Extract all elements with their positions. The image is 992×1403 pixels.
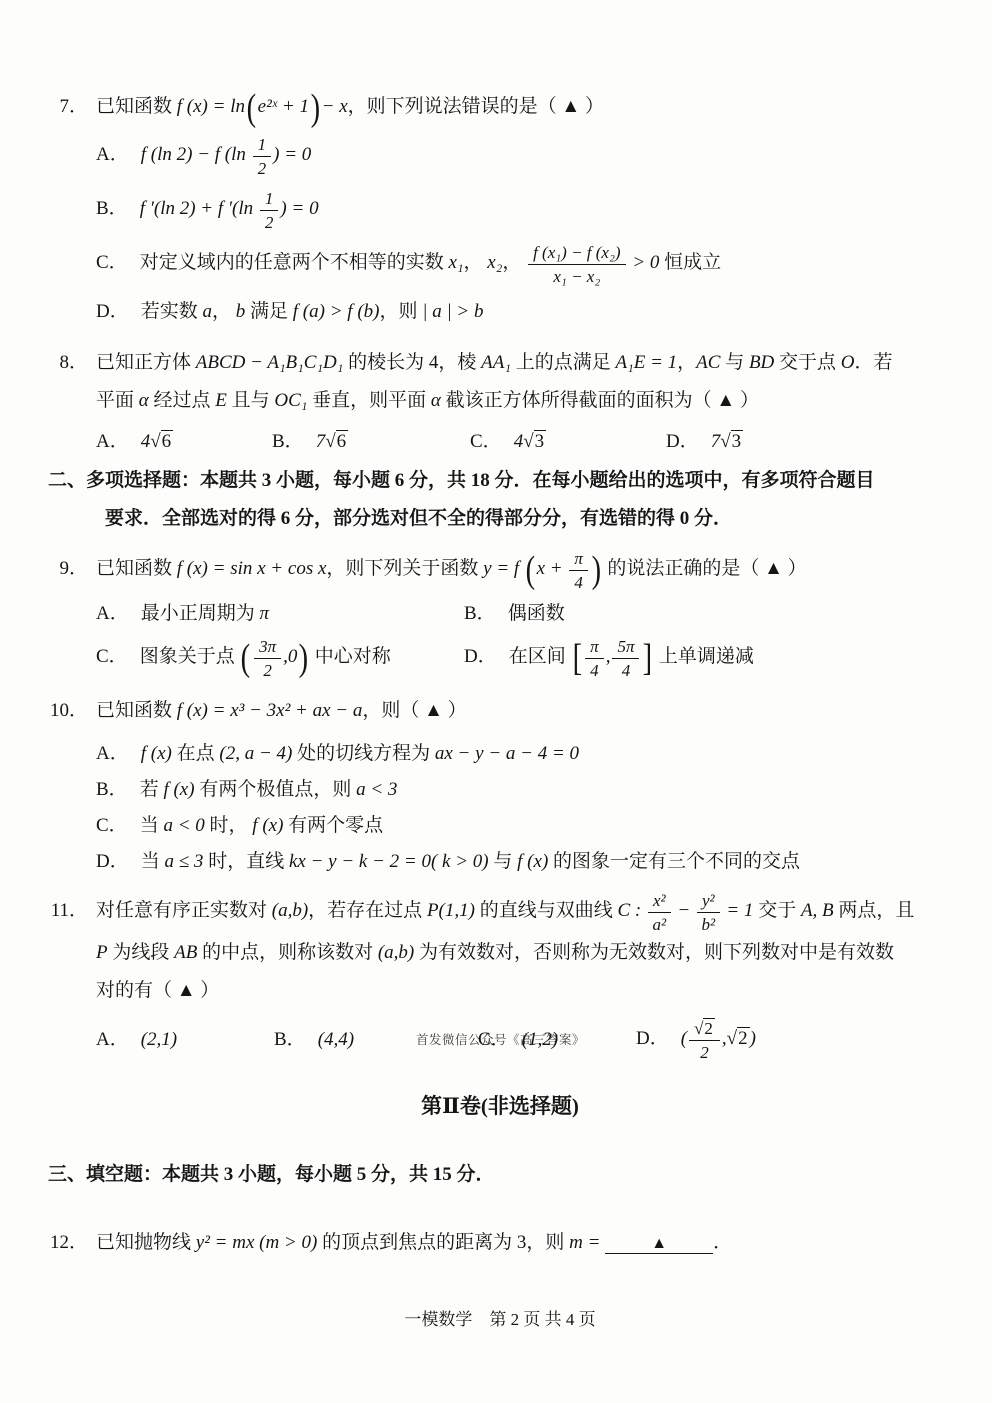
fraction: y²b² <box>695 890 722 934</box>
option-c-label: C． <box>96 815 128 836</box>
question-8-option-a: A．4√6 <box>96 422 272 462</box>
question-11-option-d: D．(√22,√2) <box>636 1018 952 1062</box>
text-run: 已知抛物线 <box>96 1232 196 1253</box>
math-run: ) = 0 <box>280 198 318 219</box>
option-d-text: 7√3 <box>711 430 743 452</box>
text-run: 且与 <box>227 390 275 411</box>
text-run: 两点，且 <box>834 900 915 921</box>
option-b-label: B． <box>272 431 304 452</box>
sqrt-radical: √3 <box>720 430 743 452</box>
question-9-options-row2: C．图象关于点 (3π2,0) 中心对称 D．在区间 [π4,5π4] 上单调递… <box>48 636 952 680</box>
question-9-option-b: B．偶函数 <box>464 596 952 632</box>
option-a-label: A． <box>96 144 129 165</box>
math-run: A₁E = 1 <box>616 352 678 373</box>
question-8-stem-text1: 已知正方体 ABCD − A₁B₁C₁D₁ 的棱长为 4，棱 AA₁ 上的点满足… <box>96 352 893 373</box>
section-2-header-line1: 二、多项选择题：本题共 3 小题，每小题 6 分，共 18 分．在每小题给出的选… <box>48 462 952 500</box>
fraction-denominator: 4 <box>585 659 604 680</box>
math-run: kx − y − k − 2 = 0( k > 0) <box>289 851 489 872</box>
text-run: ，则下列说法错误的是（ ▲ ） <box>348 96 604 117</box>
question-9-stem: 9．已知函数 f (x) = sin x + cos x，则下列关于函数 y =… <box>48 548 952 592</box>
question-12: 12．已知抛物线 y² = mx (m > 0) 的顶点到焦点的距离为 3，则 … <box>48 1224 952 1262</box>
sqrt-overline: 2 <box>737 1027 750 1049</box>
fraction: f (x₁) − f (x₂)x₁ − x₂ <box>526 242 627 286</box>
sqrt-overline: 2 <box>703 1018 715 1038</box>
question-11: 11．对任意有序正实数对 (a,b)，若存在过点 P(1,1) 的直线与双曲线 … <box>48 890 952 1062</box>
option-a-text: f (ln 2) − f (ln 12) = 0 <box>141 144 312 165</box>
text-run: 对的有（ ▲ ） <box>96 980 219 1001</box>
math-run: x₁ − x₂ <box>553 267 600 286</box>
fraction-numerator: 1 <box>253 134 272 157</box>
math-run: 2 <box>258 159 267 178</box>
question-11-stem-line3: 对的有（ ▲ ） <box>48 972 952 1010</box>
option-a-label: A． <box>96 743 129 764</box>
math-run: f (x) <box>252 815 283 836</box>
option-a-label: A． <box>96 1029 129 1050</box>
math-run: f (x) <box>517 851 548 872</box>
option-a-text: 最小正周期为 π <box>141 603 269 624</box>
fraction-numerator: x² <box>648 890 671 913</box>
fraction-denominator: 4 <box>612 659 639 680</box>
text-run: 的顶点到焦点的距离为 3，则 <box>317 1232 569 1253</box>
text-run: 平面 <box>96 390 139 411</box>
text-run: 在区间 <box>509 646 571 667</box>
text-run: 处的切线方程为 <box>292 743 435 764</box>
math-run: 2 <box>263 661 272 680</box>
big-paren: ( <box>241 643 250 673</box>
math-run: b <box>236 301 246 322</box>
option-b-text: 若 f (x) 有两个极值点，则 a < 3 <box>140 779 398 800</box>
math-run: 7 <box>316 431 326 452</box>
text-run: 对任意有序正实数对 <box>96 900 272 921</box>
part-2-header: 第Ⅱ卷(非选择题) <box>48 1088 952 1124</box>
fraction-numerator: 1 <box>260 188 279 211</box>
option-d-label: D． <box>96 301 129 322</box>
math-run: ,0 <box>283 646 297 667</box>
math-run: m = <box>569 1232 605 1253</box>
text-run: 的中点，则称该数对 <box>197 942 378 963</box>
fraction-numerator: 3π <box>254 636 281 659</box>
page-footer: 一模数学 第 2 页 共 4 页 <box>48 1308 952 1332</box>
question-8-stem-text2: 平面 α 经过点 E 且与 OC₁ 垂直，则平面 α 截该正方体所得截面的面积为… <box>96 390 759 411</box>
option-b-label: B． <box>274 1029 306 1050</box>
fraction: π4 <box>567 548 590 592</box>
question-10-stem: 10．已知函数 f (x) = x³ − 3x² + ax − a，则（ ▲ ） <box>48 692 952 730</box>
math-run: = 1 <box>722 900 754 921</box>
section-3-header: 三、填空题：本题共 3 小题，每小题 5 分，共 15 分． <box>48 1156 952 1194</box>
question-11-option-c: C．(1,2) <box>478 1020 636 1060</box>
question-12-number: 12． <box>48 1224 96 1262</box>
question-8-option-c: C．4√3 <box>470 422 666 462</box>
question-10: 10．已知函数 f (x) = x³ − 3x² + ax − a，则（ ▲ ）… <box>48 692 952 880</box>
math-run: ax − y − a − 4 = 0 <box>435 743 579 764</box>
question-7-option-a: A．f (ln 2) − f (ln 12) = 0 <box>48 134 952 178</box>
option-b-text: 7√6 <box>316 430 348 452</box>
math-run: 4 <box>590 661 599 680</box>
question-11-stem-text3: 对的有（ ▲ ） <box>96 980 219 1001</box>
text-run: ，若存在过点 <box>308 900 427 921</box>
text-run: 截该正方体所得截面的面积为（ ▲ ） <box>441 390 759 411</box>
math-run: α <box>139 390 149 411</box>
text-run: ． <box>713 1232 732 1253</box>
option-b-text: (4,4) <box>318 1029 354 1050</box>
option-d-label: D． <box>636 1028 669 1049</box>
text-run: 有两个极值点，则 <box>195 779 357 800</box>
math-run: C : <box>617 900 646 921</box>
question-9-option-c: C．图象关于点 (3π2,0) 中心对称 <box>96 636 464 680</box>
question-8: 8．已知正方体 ABCD − A₁B₁C₁D₁ 的棱长为 4，棱 AA₁ 上的点… <box>48 344 952 462</box>
text-run: 与 <box>720 352 749 373</box>
math-run: a <box>203 301 213 322</box>
text-run: ， <box>464 252 488 273</box>
math-run: | a | > b <box>422 301 483 322</box>
question-11-stem-text1: 对任意有序正实数对 (a,b)，若存在过点 P(1,1) 的直线与双曲线 C :… <box>96 900 914 921</box>
math-run: f (ln 2) − f (ln <box>141 144 251 165</box>
math-run: 4 <box>574 573 583 592</box>
text-run: 交于点 <box>774 352 841 373</box>
option-c-label: C． <box>470 431 502 452</box>
question-11-option-a: A．(2,1) <box>96 1020 274 1060</box>
sqrt-radical: √2 <box>727 1027 750 1049</box>
text-run: 的直线与双曲线 <box>475 900 618 921</box>
text-run: ， <box>212 301 236 322</box>
option-a-label: A． <box>96 603 129 624</box>
math-run: f (x) = ln <box>177 96 245 117</box>
math-run: A, B <box>801 900 834 921</box>
sqrt-radical: √6 <box>325 430 348 452</box>
text-run: 已知函数 <box>96 96 177 117</box>
option-c-text: (1,2) <box>522 1029 558 1050</box>
math-run: 2 <box>700 1043 709 1062</box>
fraction-numerator: f (x₁) − f (x₂) <box>528 242 625 265</box>
text-run: ， <box>677 352 696 373</box>
fraction-denominator: a² <box>648 913 671 934</box>
math-run: 4 <box>141 431 151 452</box>
text-run: 时，直线 <box>203 851 289 872</box>
text-run: 若 <box>140 779 164 800</box>
text-run: 的说法正确的是（ ▲ ） <box>603 558 807 579</box>
math-run: f (x) = sin x + cos x <box>177 558 327 579</box>
question-11-stem-line2: P 为线段 AB 的中点，则称该数对 (a,b) 为有效数对，否则称为无效数对，… <box>48 934 952 972</box>
text-run: ，则下列关于函数 <box>326 558 483 579</box>
math-run: f (x₁) − f (x₂) <box>533 243 620 262</box>
big-paren: ) <box>299 643 308 673</box>
text-run: 为有效数对，否则称为无效数对，则下列数对中是有效数 <box>414 942 894 963</box>
math-run: f ′(ln 2) + f ′(ln <box>140 198 258 219</box>
option-d-text: 在区间 [π4,5π4] 上单调递减 <box>509 646 754 667</box>
sqrt-radical: √6 <box>150 430 173 452</box>
math-run: π <box>590 637 599 656</box>
math-run: 4 <box>622 661 631 680</box>
text-run: ， <box>502 252 526 273</box>
fraction-denominator: b² <box>697 913 720 934</box>
question-11-options: 首发微信公众号《高三答案》 A．(2,1) B．(4,4) C．(1,2) D．… <box>48 1018 952 1062</box>
fraction: 12 <box>251 134 274 178</box>
question-9-option-a: A．最小正周期为 π <box>96 596 464 632</box>
text-run: ．若 <box>855 352 893 373</box>
fraction-denominator: 2 <box>253 157 272 178</box>
math-run: (a,b) <box>272 900 308 921</box>
question-8-options: A．4√6 B．7√6 C．4√3 D．7√3 <box>48 422 952 462</box>
big-paren: ( <box>247 93 256 123</box>
fraction: 3π2 <box>252 636 283 680</box>
math-run: α <box>431 390 441 411</box>
question-9-stem-text: 已知函数 f (x) = sin x + cos x，则下列关于函数 y = f… <box>96 558 807 579</box>
question-10-option-a: A．f (x) 在点 (2, a − 4) 处的切线方程为 ax − y − a… <box>48 736 952 772</box>
math-run: f (a) > f (b) <box>293 301 380 322</box>
fraction-numerator: y² <box>697 890 720 913</box>
question-8-option-d: D．7√3 <box>666 422 952 462</box>
text-run: 时， <box>205 815 253 836</box>
question-11-number: 11． <box>48 892 96 930</box>
big-bracket: ] <box>643 643 652 673</box>
math-run: a < 3 <box>356 779 397 800</box>
option-b-label: B． <box>96 198 128 219</box>
text-run: 中心对称 <box>310 646 391 667</box>
math-run: x² <box>653 891 666 910</box>
text-run: ，则 <box>379 301 422 322</box>
math-run: π <box>260 603 270 624</box>
question-9-options-row1: A．最小正周期为 π B．偶函数 <box>48 596 952 632</box>
question-10-option-d: D．当 a ≤ 3 时，直线 kx − y − k − 2 = 0( k > 0… <box>48 844 952 880</box>
math-run: O <box>841 352 855 373</box>
math-run: a ≤ 3 <box>165 851 204 872</box>
answer-blank: ▲ <box>605 1235 713 1254</box>
question-7-option-b: B．f ′(ln 2) + f ′(ln 12) = 0 <box>48 188 952 232</box>
math-run: b² <box>701 915 715 934</box>
text-run: 的图象一定有三个不同的交点 <box>548 851 800 872</box>
math-run: a < 0 <box>163 815 204 836</box>
text-run: 为线段 <box>108 942 175 963</box>
math-run: ) = 0 <box>273 144 311 165</box>
math-run: AA₁ <box>481 352 511 373</box>
math-run: − <box>673 900 695 921</box>
text-run: 图象关于点 <box>140 646 240 667</box>
exam-page: 7．已知函数 f (x) = ln(e²ˣ + 1)− x，则下列说法错误的是（… <box>0 0 992 1403</box>
section-2-header-line2: 要求．全部选对的得 6 分，部分选对但不全的得部分分，有选错的得 0 分． <box>48 500 952 538</box>
math-run: f (x) <box>163 779 194 800</box>
fraction-numerator: π <box>585 636 604 659</box>
question-10-number: 10． <box>48 692 96 730</box>
option-c-text: 4√3 <box>514 430 546 452</box>
question-8-option-b: B．7√6 <box>272 422 470 462</box>
math-run: y = f <box>483 558 524 579</box>
text-run: 当 <box>140 815 164 836</box>
option-c-label: C． <box>96 646 128 667</box>
math-run: 5π <box>617 637 634 656</box>
text-run: 偶函数 <box>508 603 565 624</box>
math-run: y² <box>702 891 715 910</box>
fraction: 12 <box>258 188 281 232</box>
text-run: 若实数 <box>141 301 203 322</box>
option-d-text: 当 a ≤ 3 时，直线 kx − y − k − 2 = 0( k > 0) … <box>141 851 800 872</box>
option-c-label: C． <box>96 252 128 273</box>
math-run: a² <box>652 915 666 934</box>
option-b-label: B． <box>96 779 128 800</box>
text-run: 交于 <box>753 900 801 921</box>
math-run: − x <box>322 96 348 117</box>
text-run: 最小正周期为 <box>141 603 260 624</box>
sqrt-overline: 6 <box>161 430 174 452</box>
question-7-stem: 7．已知函数 f (x) = ln(e²ˣ + 1)− x，则下列说法错误的是（… <box>48 88 952 126</box>
question-7-option-c: C．对定义域内的任意两个不相等的实数 x₁， x₂， f (x₁) − f (x… <box>48 242 952 286</box>
sqrt-radical: √3 <box>523 430 546 452</box>
math-run: y² = mx (m > 0) <box>196 1232 318 1253</box>
fraction-numerator: √2 <box>689 1018 720 1041</box>
math-run: e²ˣ + 1 <box>258 96 309 117</box>
math-run: > 0 <box>628 252 665 273</box>
text-run: 的棱长为 4，棱 <box>343 352 481 373</box>
sqrt-overline: 3 <box>534 430 547 452</box>
question-7-option-d: D．若实数 a， b 满足 f (a) > f (b)，则 | a | > b <box>48 294 952 330</box>
math-run: (2, a − 4) <box>219 743 292 764</box>
math-run: (1,2) <box>522 1029 558 1050</box>
text-run: 在点 <box>172 743 220 764</box>
math-run: x + <box>537 558 568 579</box>
question-8-number: 8． <box>48 344 96 382</box>
option-d-text: 若实数 a， b 满足 f (a) > f (b)，则 | a | > b <box>141 301 484 322</box>
question-8-stem-line2: 平面 α 经过点 E 且与 OC₁ 垂直，则平面 α 截该正方体所得截面的面积为… <box>48 382 952 420</box>
math-run: P(1,1) <box>427 900 475 921</box>
option-d-label: D． <box>464 646 497 667</box>
math-run: 7 <box>711 431 721 452</box>
text-run: 有两个零点 <box>283 815 383 836</box>
text-run: ，则（ ▲ ） <box>362 700 466 721</box>
fraction-numerator: π <box>569 548 588 571</box>
big-paren: ) <box>591 555 600 585</box>
text-run: 已知函数 <box>96 558 177 579</box>
option-a-text: 4√6 <box>141 430 173 452</box>
question-11-stem-text2: P 为线段 AB 的中点，则称该数对 (a,b) 为有效数对，否则称为无效数对，… <box>96 942 894 963</box>
question-10-option-c: C．当 a < 0 时， f (x) 有两个零点 <box>48 808 952 844</box>
question-7-stem-text: 已知函数 f (x) = ln(e²ˣ + 1)− x，则下列说法错误的是（ ▲… <box>96 96 604 117</box>
option-b-text: f ′(ln 2) + f ′(ln 12) = 0 <box>140 198 319 219</box>
math-run: x₂ <box>487 252 502 273</box>
math-run: 1 <box>258 135 267 154</box>
fraction: 5π4 <box>610 636 641 680</box>
text-run: 垂直，则平面 <box>307 390 431 411</box>
option-c-label: C． <box>478 1029 510 1050</box>
option-c-text: 当 a < 0 时， f (x) 有两个零点 <box>140 815 384 836</box>
text-run: 上的点满足 <box>511 352 616 373</box>
math-run: 1 <box>265 189 274 208</box>
math-run: 4 <box>514 431 524 452</box>
math-run: OC₁ <box>274 390 307 411</box>
math-run: π <box>574 549 583 568</box>
question-8-stem-line1: 8．已知正方体 ABCD − A₁B₁C₁D₁ 的棱长为 4，棱 AA₁ 上的点… <box>48 344 952 382</box>
math-run: 3π <box>259 637 276 656</box>
big-paren: ( <box>526 555 535 585</box>
question-9-option-d: D．在区间 [π4,5π4] 上单调递减 <box>464 636 952 680</box>
option-b-label: B． <box>464 603 496 624</box>
math-run: (2,1) <box>141 1029 177 1050</box>
question-10-stem-text: 已知函数 f (x) = x³ − 3x² + ax − a，则（ ▲ ） <box>96 700 467 721</box>
math-run: (4,4) <box>318 1029 354 1050</box>
text-run: 恒成立 <box>664 252 721 273</box>
math-run: P <box>96 942 108 963</box>
text-run: 经过点 <box>149 390 216 411</box>
fraction-denominator: 2 <box>260 211 279 232</box>
sqrt-overline: 6 <box>336 430 349 452</box>
math-run: f (x) = x³ − 3x² + ax − a <box>177 700 363 721</box>
math-run: AB <box>174 942 197 963</box>
math-run: f (x) <box>141 743 172 764</box>
math-run: ) <box>750 1028 756 1049</box>
fraction: x²a² <box>646 890 673 934</box>
question-9: 9．已知函数 f (x) = sin x + cos x，则下列关于函数 y =… <box>48 548 952 680</box>
fraction: √22 <box>687 1018 722 1062</box>
text-run: 与 <box>489 851 518 872</box>
fraction-denominator: 2 <box>689 1041 720 1062</box>
option-a-label: A． <box>96 431 129 452</box>
text-run: 上单调递减 <box>654 646 754 667</box>
math-run: (a,b) <box>378 942 414 963</box>
math-run: E <box>215 390 227 411</box>
math-run: ABCD − A₁B₁C₁D₁ <box>196 352 344 373</box>
question-12-stem: 12．已知抛物线 y² = mx (m > 0) 的顶点到焦点的距离为 3，则 … <box>48 1224 952 1262</box>
math-run: BD <box>749 352 774 373</box>
text-run: 已知正方体 <box>96 352 196 373</box>
option-b-text: 偶函数 <box>508 603 565 624</box>
question-12-stem-text: 已知抛物线 y² = mx (m > 0) 的顶点到焦点的距离为 3，则 m =… <box>96 1232 732 1253</box>
question-11-stem-line1: 11．对任意有序正实数对 (a,b)，若存在过点 P(1,1) 的直线与双曲线 … <box>48 890 952 934</box>
big-paren: ) <box>311 93 320 123</box>
sqrt-radical: √2 <box>694 1018 715 1038</box>
option-a-text: f (x) 在点 (2, a − 4) 处的切线方程为 ax − y − a −… <box>141 743 579 764</box>
option-c-text: 图象关于点 (3π2,0) 中心对称 <box>140 646 391 667</box>
text-run: 对定义域内的任意两个不相等的实数 <box>140 252 449 273</box>
text-run: 满足 <box>245 301 293 322</box>
option-d-label: D． <box>666 431 699 452</box>
option-d-label: D． <box>96 851 129 872</box>
text-run: 已知函数 <box>96 700 177 721</box>
fraction-numerator: 5π <box>612 636 639 659</box>
sqrt-overline: 3 <box>731 430 744 452</box>
question-7: 7．已知函数 f (x) = ln(e²ˣ + 1)− x，则下列说法错误的是（… <box>48 88 952 330</box>
question-7-number: 7． <box>48 88 96 126</box>
math-run: AC <box>696 352 720 373</box>
option-a-text: (2,1) <box>141 1029 177 1050</box>
fraction-denominator: 2 <box>254 659 281 680</box>
option-c-text: 对定义域内的任意两个不相等的实数 x₁， x₂， f (x₁) − f (x₂)… <box>140 252 721 273</box>
fraction: π4 <box>583 636 606 680</box>
fraction-denominator: 4 <box>569 571 588 592</box>
option-d-text: (√22,√2) <box>681 1028 756 1049</box>
question-9-number: 9． <box>48 550 96 588</box>
text-run: 当 <box>141 851 165 872</box>
question-10-option-b: B．若 f (x) 有两个极值点，则 a < 3 <box>48 772 952 808</box>
big-bracket: [ <box>572 643 581 673</box>
math-run: x₁ <box>448 252 463 273</box>
fraction-denominator: x₁ − x₂ <box>528 265 625 286</box>
math-run: 2 <box>265 213 274 232</box>
